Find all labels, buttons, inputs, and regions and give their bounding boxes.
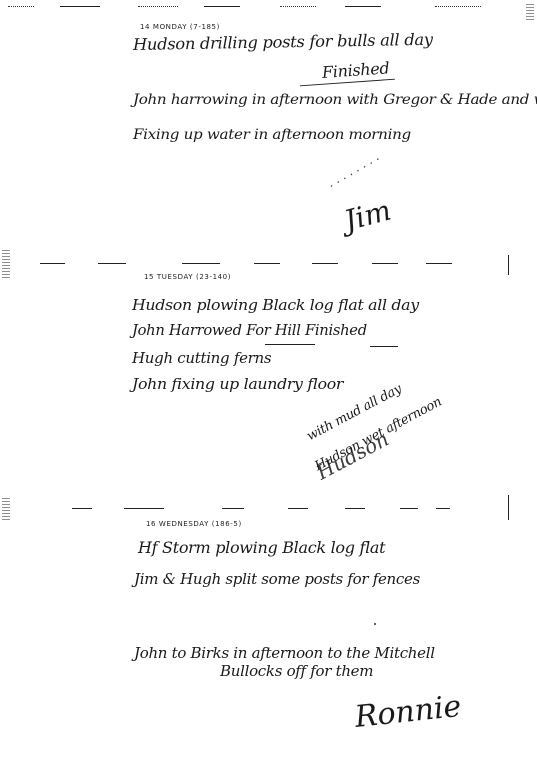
rule-segment bbox=[72, 508, 92, 510]
diary-line: Bullocks off for them bbox=[220, 662, 373, 680]
day-header: 15 TUESDAY (23-140) bbox=[144, 273, 231, 281]
rule-segment bbox=[345, 508, 365, 510]
signature: Jim bbox=[341, 193, 395, 237]
rule-segment bbox=[372, 263, 398, 265]
diary-line: Hudson drilling posts for bulls all day bbox=[133, 30, 433, 54]
line-underline bbox=[265, 344, 315, 345]
rule-segment bbox=[98, 263, 126, 265]
day-header: 16 WEDNESDAY (186-5) bbox=[146, 520, 242, 528]
diary-line: Fixing up water in afternoon morning bbox=[133, 127, 411, 143]
rule-segment bbox=[436, 508, 450, 510]
rule-segment bbox=[8, 6, 34, 8]
ink-speck bbox=[374, 623, 376, 625]
rule-segment bbox=[435, 6, 481, 8]
line-underline bbox=[370, 346, 398, 347]
rule-segment bbox=[426, 263, 452, 265]
signature: Ronnie bbox=[353, 689, 463, 735]
rule-segment bbox=[312, 263, 338, 265]
diary-line: Hf Storm plowing Black log flat bbox=[138, 538, 385, 557]
diary-line: John fixing up laundry floor bbox=[132, 375, 343, 393]
rule-segment bbox=[182, 263, 220, 265]
signature-flourish: · · · · · · · · bbox=[327, 152, 384, 193]
rule-segment bbox=[204, 6, 240, 8]
diary-line: John harrowing in afternoon with Gregor … bbox=[133, 92, 537, 108]
scan-edge-noise bbox=[526, 2, 534, 20]
diary-line: Jim & Hugh split some posts for fences bbox=[134, 570, 420, 588]
rule-segment bbox=[60, 6, 100, 8]
diary-line: Hudson plowing Black log flat all day bbox=[132, 296, 419, 314]
rule-segment bbox=[280, 6, 316, 8]
rule-segment bbox=[138, 6, 178, 8]
rule-segment bbox=[345, 6, 381, 8]
section-rule bbox=[0, 508, 537, 512]
diary-line: Hugh cutting ferns bbox=[132, 349, 271, 367]
day-header: 14 MONDAY (7-185) bbox=[140, 23, 220, 31]
rule-segment bbox=[124, 508, 164, 510]
rule-segment bbox=[40, 263, 65, 265]
rule-segment bbox=[254, 263, 280, 265]
rule-segment bbox=[288, 508, 308, 510]
diary-line: John to Birks in afternoon to the Mitche… bbox=[134, 644, 435, 662]
rule-segment bbox=[222, 508, 244, 510]
rule-segment bbox=[400, 508, 418, 510]
section-rule bbox=[0, 263, 537, 267]
diary-annotation: Finished bbox=[321, 58, 390, 82]
top-rule bbox=[0, 6, 537, 10]
diary-line: John Harrowed For Hill Finished bbox=[132, 321, 367, 339]
